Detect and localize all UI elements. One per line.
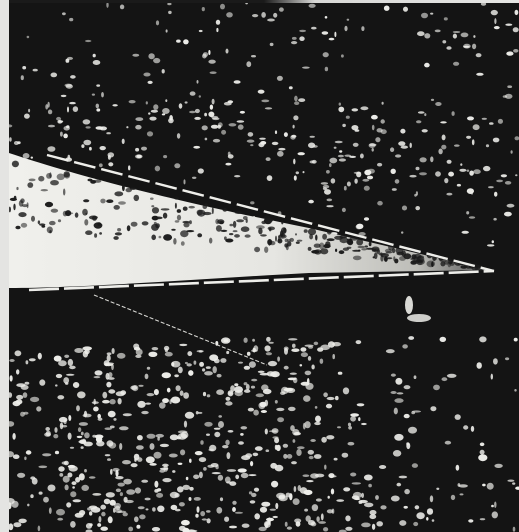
halftone-photo xyxy=(9,3,519,532)
photo-canvas xyxy=(9,3,519,532)
paper-margin xyxy=(0,0,9,532)
